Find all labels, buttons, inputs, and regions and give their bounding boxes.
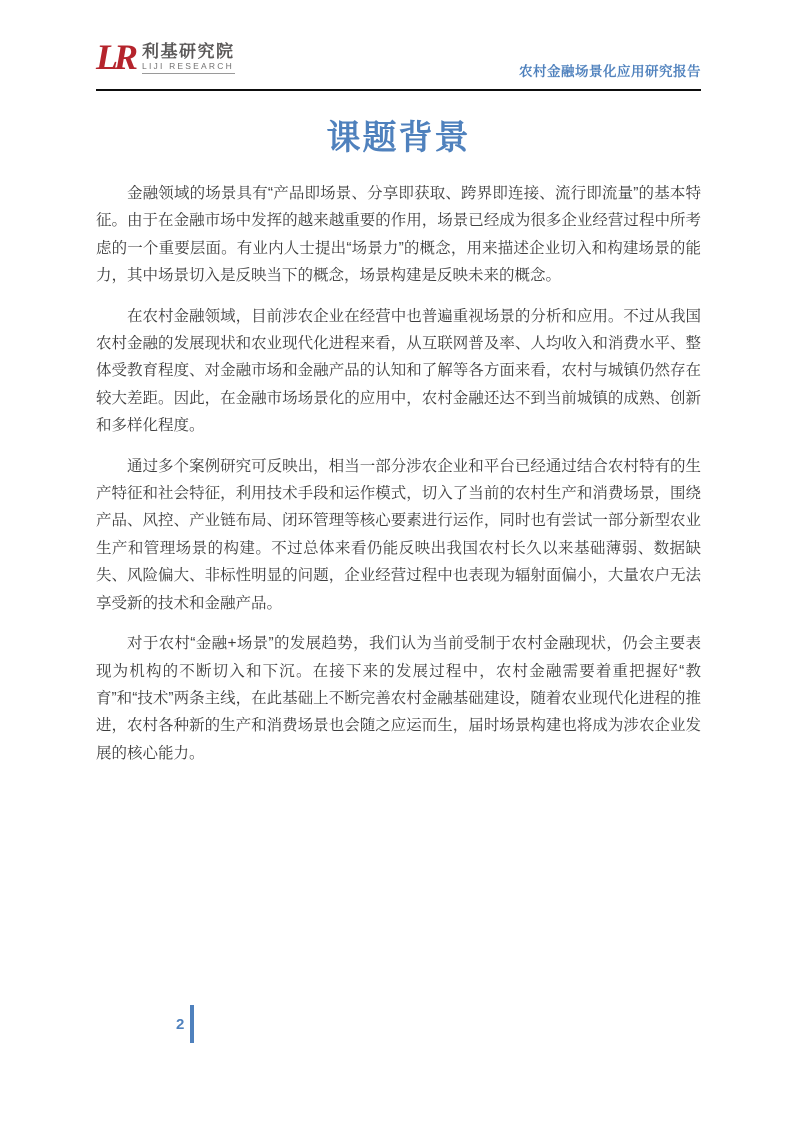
logo-text-block: 利基研究院 LIJI RESEARCH — [142, 40, 235, 74]
footer-accent-bar — [190, 1005, 194, 1043]
page-header: LR 利基研究院 LIJI RESEARCH 农村金融场景化应用研究报告 — [96, 40, 701, 80]
paragraph-1: 金融领域的场景具有“产品即场景、分享即获取、跨界即连接、流行即流量”的基本特征。… — [96, 180, 701, 290]
paragraph-4: 对于农村“金融+场景”的发展趋势，我们认为当前受制于农村金融现状，仍会主要表现为… — [96, 630, 701, 767]
logo-name-english: LIJI RESEARCH — [142, 61, 235, 74]
page-title: 课题背景 — [96, 110, 701, 159]
paragraph-2: 在农村金融领域，目前涉农企业在经营中也普遍重视场景的分析和应用。不过从我国农村金… — [96, 303, 701, 440]
document-body: 课题背景 金融领域的场景具有“产品即场景、分享即获取、跨界即连接、流行即流量”的… — [96, 110, 701, 780]
logo-name-chinese: 利基研究院 — [142, 42, 235, 61]
page-footer: 2 — [176, 1005, 194, 1043]
document-page: LR 利基研究院 LIJI RESEARCH 农村金融场景化应用研究报告 课题背… — [0, 0, 793, 1122]
page-number: 2 — [176, 1016, 184, 1033]
header-report-title: 农村金融场景化应用研究报告 — [519, 40, 701, 80]
logo-lr-icon: LR — [96, 40, 134, 74]
paragraph-3: 通过多个案例研究可反映出，相当一部分涉农企业和平台已经通过结合农村特有的生产特征… — [96, 453, 701, 617]
header-divider — [96, 89, 701, 91]
company-logo: LR 利基研究院 LIJI RESEARCH — [96, 40, 235, 74]
